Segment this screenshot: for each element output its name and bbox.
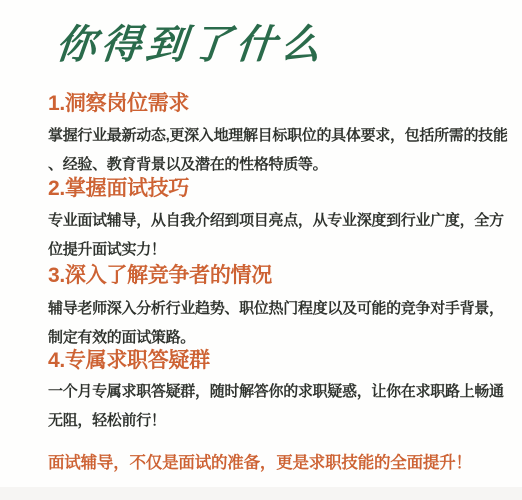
section-1-body-line-1: 掌握行业最新动态,更深入地理解目标职位的具体要求，包括所需的技能 [48,126,508,146]
section-3-body-line-1: 辅导老师深入分析行业趋势、职位热门程度以及可能的竞争对手背景， [48,299,504,319]
section-4-heading: 4.专属求职答疑群 [48,349,210,373]
promo-poster: 你得到了什么 1.洞察岗位需求 掌握行业最新动态,更深入地理解目标职位的具体要求… [0,0,522,500]
section-3-heading: 3.深入了解竞争者的情况 [48,264,272,288]
poster-title: 你得到了什么 [54,22,329,68]
section-3-body-line-2: 制定有效的面试策路。 [48,328,195,348]
footer-band [0,487,522,500]
footer-highlight: 面试辅导，不仅是面试的准备，更是求职技能的全面提升！ [48,452,472,474]
section-2-body-line-2: 位提升面试实力！ [48,240,166,260]
section-2-heading: 2.掌握面试技巧 [48,177,189,201]
section-2-body-line-1: 专业面试辅导，从自我介绍到项目亮点，从专业深度到行业广度，全方 [48,211,504,231]
section-4-body-line-1: 一个月专属求职答疑群，随时解答你的求职疑惑，让你在求职路上畅通 [48,382,504,402]
section-1-body-line-2: 、经验、教育背景以及潜在的性格特质等。 [48,155,327,175]
section-4-body-line-2: 无阻，轻松前行！ [48,411,166,431]
section-1-heading: 1.洞察岗位需求 [48,92,189,116]
